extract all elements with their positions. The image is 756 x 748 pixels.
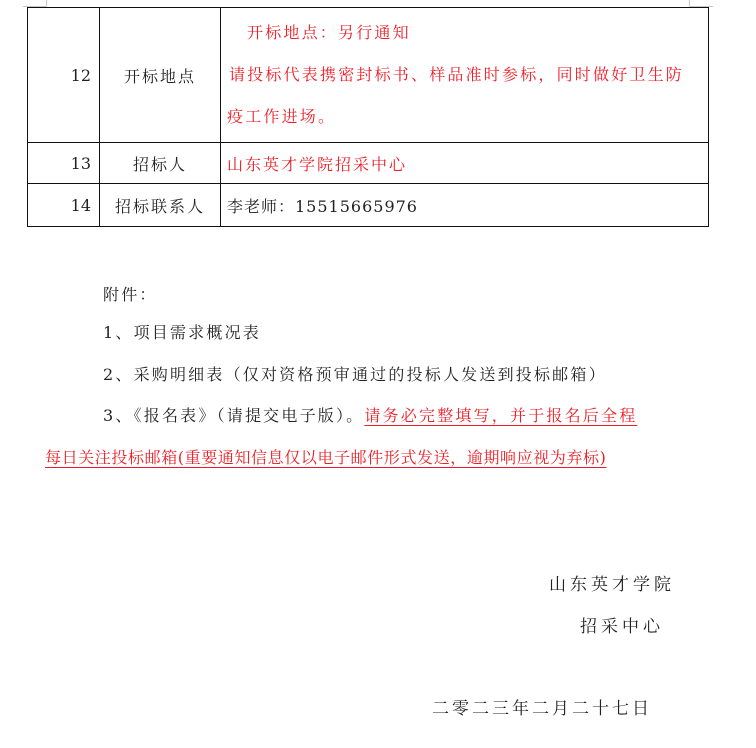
row-number: 14 <box>28 184 100 227</box>
attachment-item: 1、项目需求概况表 <box>103 320 261 343</box>
registration-notice-continued: 每日关注投标邮箱(重要通知信息仅以电子邮件形式发送，逾期响应视为弃标) <box>45 445 607 468</box>
table-row: 13 招标人 山东英才学院招采中心 <box>28 143 709 184</box>
table-row: 14 招标联系人 李老师：15515665976 <box>28 184 709 227</box>
signature-department: 招采中心 <box>580 612 664 637</box>
tenderer-content: 山东英才学院招采中心 <box>221 143 709 184</box>
content-line: 疫工作进场。 <box>227 96 708 138</box>
row-label: 招标联系人 <box>100 184 221 227</box>
page-margin-corner-mark <box>23 0 47 7</box>
signature-date: 二零二三年二月二十七日 <box>432 694 652 719</box>
bid-opening-location-content: 开标地点：另行通知 请投标代表携密封标书、样品准时参标，同时做好卫生防 疫工作进… <box>221 8 709 143</box>
content-line: 开标地点：另行通知 <box>227 12 708 54</box>
content-line: 请投标代表携密封标书、样品准时参标，同时做好卫生防 <box>227 54 708 96</box>
attachment-item: 3、《报名表》（请提交电子版）。请务必完整填写，并于报名后全程 <box>103 403 637 426</box>
row-label: 招标人 <box>100 143 221 184</box>
attachment-item: 2、采购明细表（仅对资格预审通过的投标人发送到投标邮箱） <box>103 362 607 385</box>
row-number: 12 <box>28 8 100 143</box>
attachments-title: 附件： <box>103 282 158 305</box>
table-row: 12 开标地点 开标地点：另行通知 请投标代表携密封标书、样品准时参标，同时做好… <box>28 8 709 143</box>
page-margin-corner-mark <box>689 0 713 7</box>
row-label: 开标地点 <box>100 8 221 143</box>
bid-info-table: 12 开标地点 开标地点：另行通知 请投标代表携密封标书、样品准时参标，同时做好… <box>27 7 709 227</box>
signature-organization: 山东英才学院 <box>549 570 675 595</box>
registration-notice: 请务必完整填写，并于报名后全程 <box>364 406 637 425</box>
attachment-item-prefix: 3、《报名表》（请提交电子版）。 <box>103 406 364 425</box>
contact-content: 李老师：15515665976 <box>221 184 709 227</box>
row-number: 13 <box>28 143 100 184</box>
